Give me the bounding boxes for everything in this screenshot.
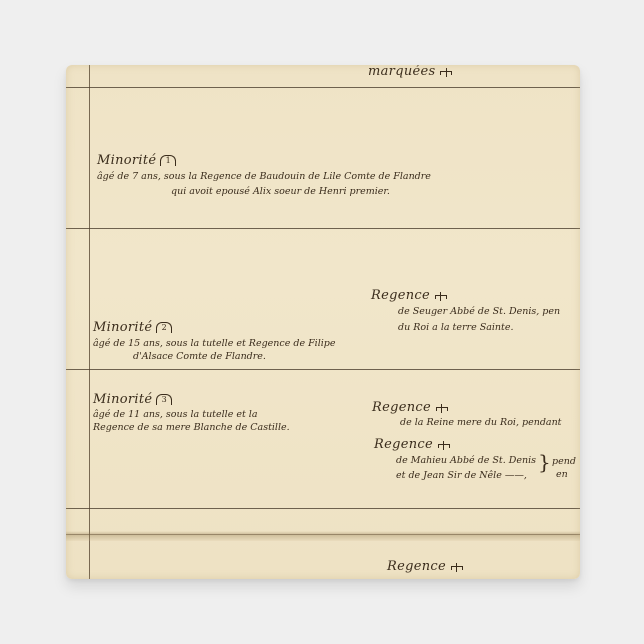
row-divider: [66, 228, 580, 229]
regence-line: de Mahieu Abbé de St. Denis: [396, 454, 536, 467]
minorite-heading-1: Minorité1: [97, 153, 176, 168]
minorite-heading-2: Minorité2: [93, 320, 172, 335]
tile-fold-shadow: [66, 531, 580, 541]
cross-bracket-icon: [438, 441, 450, 449]
cross-bracket-icon: [436, 404, 448, 412]
minorite-line: qui avoit epousé Alix soeur de Henri pre…: [171, 185, 390, 198]
bracket-number-icon: 2: [156, 322, 172, 333]
row-divider: [66, 508, 580, 509]
curly-brace: }: [538, 453, 551, 471]
minorite-heading-3: Minorité3: [93, 392, 172, 407]
regence-heading: Regence: [371, 288, 447, 303]
regence-heading: Regence: [387, 559, 463, 574]
left-margin-rule: [89, 65, 90, 579]
cross-bracket-icon: [435, 292, 447, 300]
manuscript-tile: marquées Minorité1 âgé de 7 ans, sous la…: [66, 65, 580, 579]
brace-continuation: en: [556, 468, 568, 481]
minorite-line: âgé de 7 ans, sous la Regence de Baudoui…: [97, 170, 431, 183]
regence-line: de la Reine mere du Roi, pendant: [400, 416, 562, 429]
row-divider: [66, 87, 580, 88]
regence-line: de Seuger Abbé de St. Denis, pen: [398, 305, 560, 318]
minorite-line: âgé de 15 ans, sous la tutelle et Regenc…: [93, 337, 336, 350]
cross-bracket-icon: [451, 563, 463, 571]
tile-fold-line: [66, 534, 580, 535]
row-divider: [66, 369, 580, 370]
regence-line: et de Jean Sir de Nêle ——,: [396, 469, 527, 482]
header-fragment: marquées: [368, 65, 452, 79]
regence-line: du Roi a la terre Sainte.: [398, 321, 514, 334]
minorite-line: Regence de sa mere Blanche de Castille.: [93, 421, 290, 434]
brace-continuation: pend: [552, 455, 576, 468]
bracket-number-icon: 1: [160, 155, 176, 166]
minorite-line: âgé de 11 ans, sous la tutelle et la: [93, 408, 258, 421]
cross-bracket-icon: [440, 68, 452, 76]
minorite-line: d'Alsace Comte de Flandre.: [133, 350, 266, 363]
bracket-number-icon: 3: [156, 394, 172, 405]
regence-heading: Regence: [372, 400, 448, 415]
regence-heading: Regence: [374, 437, 450, 452]
